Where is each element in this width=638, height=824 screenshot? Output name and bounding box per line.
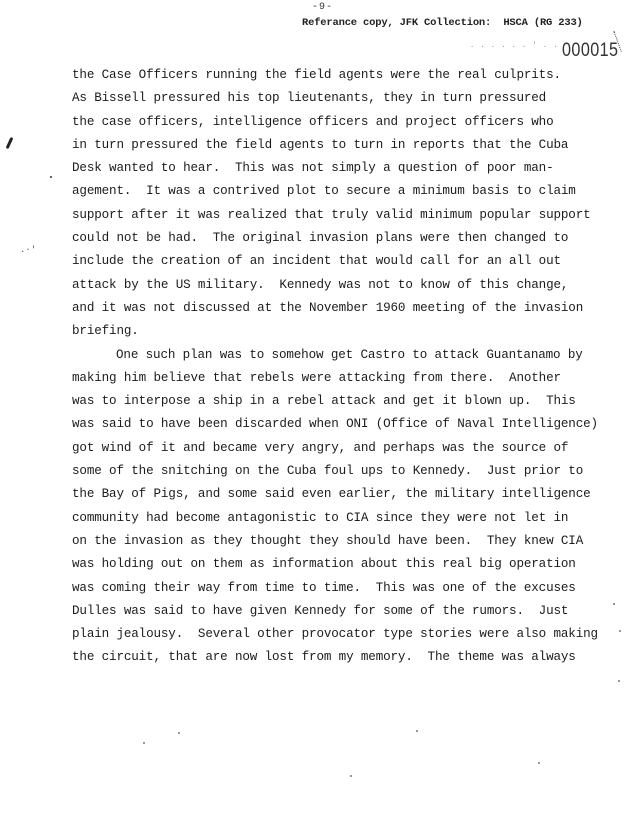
margin-mark-specks: .·' [20,245,36,255]
text-line: was said to have been discarded when ONI… [72,413,632,436]
paragraph-start-line: One such plan was to somehow get Castro … [72,344,632,367]
text-line: community had become antagonistic to CIA… [72,507,632,530]
document-number: 000015 [562,40,618,62]
scan-dot [178,732,180,734]
text-line: briefing. [72,320,632,343]
text-line: got wind of it and became very angry, an… [72,437,632,460]
text-line: in turn pressured the field agents to tu… [72,134,632,157]
text-line: As Bissell pressured his top lieutenants… [72,87,632,110]
scan-dot [538,762,540,764]
text-line: the case officers, intelligence officers… [72,111,632,134]
scan-dot [350,775,352,777]
text-line: was coming their way from time to time. … [72,577,632,600]
text-line: on the invasion as they thought they sho… [72,530,632,553]
scan-dot [618,680,620,682]
page-number: -9- [312,2,333,13]
scan-dot [416,730,418,732]
text-line: support after it was realized that truly… [72,204,632,227]
text-line: making him believe that rebels were atta… [72,367,632,390]
text-line: the Case Officers running the field agen… [72,64,632,87]
text-line: plain jealousy. Several other provocator… [72,623,632,646]
margin-mark-dot [50,176,52,178]
document-body: the Case Officers running the field agen… [72,64,632,670]
text-line: the circuit, that are now lost from my m… [72,646,632,669]
text-line: Dulles was said to have given Kennedy fo… [72,600,632,623]
text-line: Desk wanted to hear. This was not simply… [72,157,632,180]
text-line: could not be had. The original invasion … [72,227,632,250]
text-line: was holding out on them as information a… [72,553,632,576]
margin-mark-slash [6,137,14,149]
text-line: the Bay of Pigs, and some said even earl… [72,483,632,506]
text-line: include the creation of an incident that… [72,250,632,273]
text-line: some of the snitching on the Cuba foul u… [72,460,632,483]
text-line: and it was not discussed at the November… [72,297,632,320]
text-line: was to interpose a ship in a rebel attac… [72,390,632,413]
scan-dot [143,742,145,744]
text-line: attack by the US military. Kennedy was n… [72,274,632,297]
scan-speckles: . . . . . . ' . . [470,42,558,50]
text-line: agement. It was a contrived plot to secu… [72,180,632,203]
reference-header: Referance copy, JFK Collection: HSCA (RG… [302,17,583,29]
